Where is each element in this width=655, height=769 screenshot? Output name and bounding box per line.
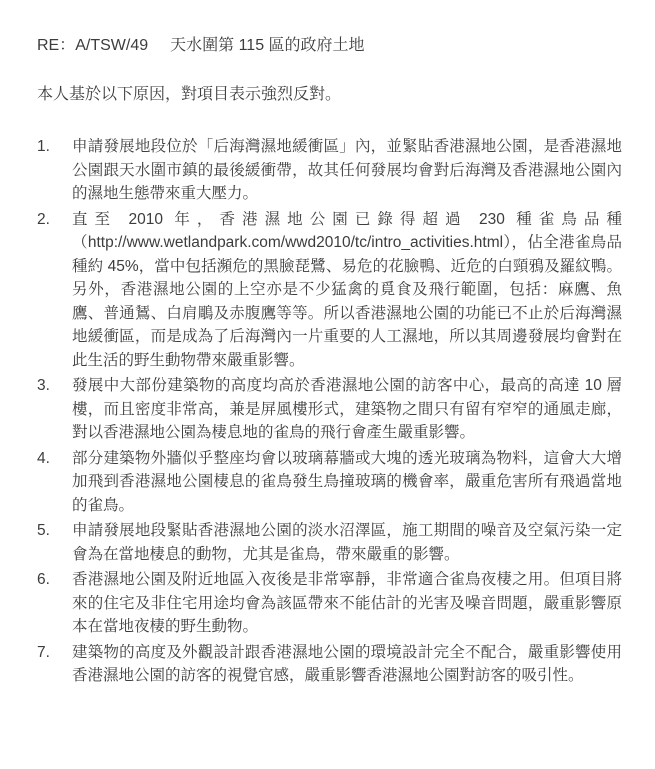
- objection-number: 5.: [37, 519, 72, 543]
- objection-item: 7. 建築物的高度及外觀設計跟香港濕地公園的環境設計完全不配合，嚴重影響使用香港…: [37, 641, 622, 688]
- objection-item: 6. 香港濕地公園及附近地區入夜後是非常寧靜，非常適合雀鳥夜棲之用。但項目將來的…: [37, 568, 622, 639]
- objection-number: 6.: [37, 568, 72, 592]
- objection-text: 申請發展地段位於「后海灣濕地緩衝區」內，並緊貼香港濕地公園，是香港濕地公園跟天水…: [72, 135, 622, 206]
- document-page: RE：A/TSW/49天水圍第 115 區的政府土地 本人基於以下原因，對項目表…: [0, 0, 655, 769]
- objection-number: 3.: [37, 374, 72, 398]
- objection-item: 3. 發展中大部份建築物的高度均高於香港濕地公園的訪客中心，最高的高達 10 層…: [37, 374, 622, 445]
- objection-text: 香港濕地公園及附近地區入夜後是非常寧靜，非常適合雀鳥夜棲之用。但項目將來的住宅及…: [72, 568, 622, 639]
- intro-paragraph: 本人基於以下原因，對項目表示強烈反對。: [37, 83, 622, 106]
- objection-item: 1. 申請發展地段位於「后海灣濕地緩衝區」內，並緊貼香港濕地公園，是香港濕地公園…: [37, 135, 622, 206]
- objection-number: 1.: [37, 135, 72, 159]
- objection-item: 4. 部分建築物外牆似乎整座均會以玻璃幕牆或大塊的透光玻璃為物料，這會大大增加飛…: [37, 447, 622, 518]
- objection-number: 4.: [37, 447, 72, 471]
- objection-number: 2.: [37, 208, 72, 232]
- objection-item: 5. 申請發展地段緊貼香港濕地公園的淡水沼澤區，施工期間的噪音及空氣污染一定會為…: [37, 519, 622, 566]
- objection-text: 發展中大部份建築物的高度均高於香港濕地公園的訪客中心，最高的高達 10 層樓，而…: [72, 374, 622, 445]
- objection-text: 直至 2010 年，香港濕地公園已錄得超過 230 種雀鳥品種（http://w…: [72, 208, 622, 373]
- objection-item: 2. 直至 2010 年，香港濕地公園已錄得超過 230 種雀鳥品種（http:…: [37, 208, 622, 373]
- objection-list: 1. 申請發展地段位於「后海灣濕地緩衝區」內，並緊貼香港濕地公園，是香港濕地公園…: [37, 135, 622, 688]
- objection-text: 申請發展地段緊貼香港濕地公園的淡水沼澤區，施工期間的噪音及空氣污染一定會為在當地…: [72, 519, 622, 566]
- objection-text: 部分建築物外牆似乎整座均會以玻璃幕牆或大塊的透光玻璃為物料，這會大大增加飛到香港…: [72, 447, 622, 518]
- subject-line: RE：A/TSW/49天水圍第 115 區的政府土地: [37, 34, 622, 57]
- subject-title: 天水圍第 115 區的政府土地: [170, 37, 364, 54]
- objection-text: 建築物的高度及外觀設計跟香港濕地公園的環境設計完全不配合，嚴重影響使用香港濕地公…: [72, 641, 622, 688]
- subject-reference: RE：A/TSW/49: [37, 37, 148, 54]
- objection-number: 7.: [37, 641, 72, 665]
